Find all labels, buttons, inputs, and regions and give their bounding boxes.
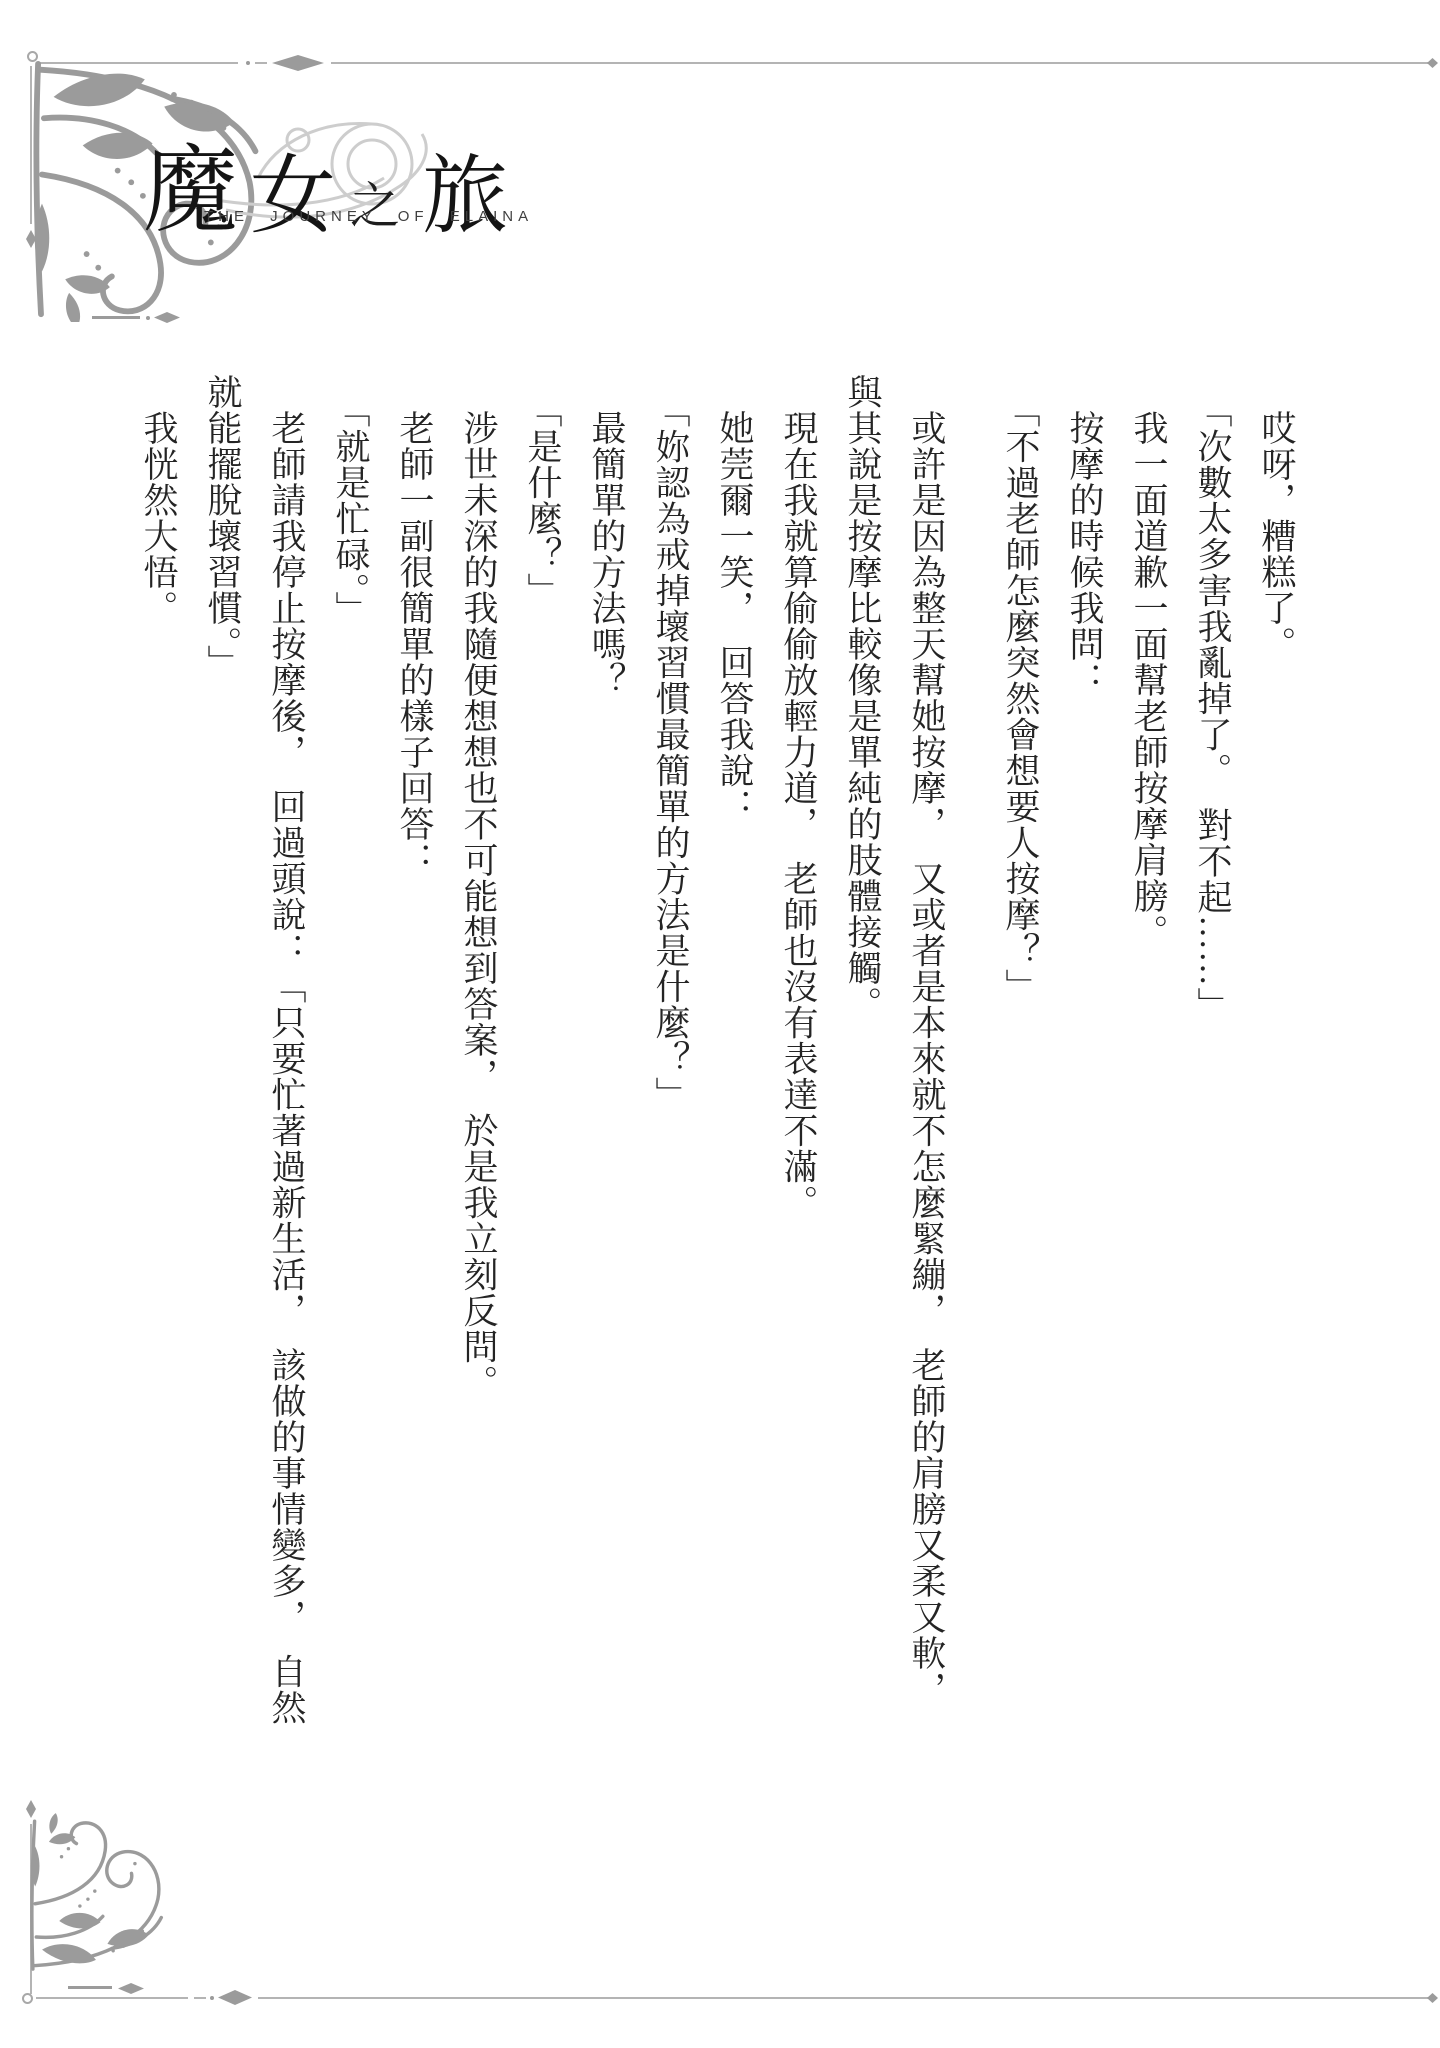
series-title-char: 旅 bbox=[422, 153, 508, 239]
text-column: 或許是因為整天幫她按摩， 又或者是本來就不怎麼緊繃， 老師的肩膀又柔又軟， bbox=[894, 374, 958, 1804]
diamond-end-bottom-right bbox=[1427, 1993, 1438, 2003]
bottom-rule-right-segment bbox=[258, 1997, 1431, 1999]
series-subtitle: THE JOURNEY OF ELAINA bbox=[204, 208, 533, 225]
flourish-dash-top bbox=[92, 316, 140, 319]
diamond-ornament-bottom bbox=[218, 1990, 252, 2005]
top-rule-right-segment bbox=[331, 62, 1431, 64]
text-column: 我一面道歉一面幫老師按摩肩膀。 bbox=[1116, 374, 1180, 1804]
diamond-ornament-top bbox=[272, 55, 324, 71]
top-rule-left-segment bbox=[40, 62, 238, 64]
top-rule-dot bbox=[246, 61, 250, 65]
text-column: 「就是忙碌。」 bbox=[318, 374, 382, 1804]
text-column: 她莞爾一笑， 回答我說： bbox=[702, 374, 766, 1804]
novel-text-block: 哎呀，糟糕了。 「次數太多害我亂掉了。 對不起……」 我一面道歉一面幫老師按摩肩… bbox=[126, 374, 1308, 1804]
diamond-end-top-right bbox=[1427, 58, 1438, 68]
left-rule-top bbox=[30, 66, 32, 224]
text-column: 就能擺脫壞習慣。」 bbox=[190, 374, 254, 1804]
bottom-rule-dash bbox=[194, 1997, 206, 1999]
text-column: 「不過老師怎麼突然會想要人按摩？」 bbox=[988, 374, 1052, 1804]
flourish-dot-top bbox=[146, 316, 150, 320]
bottom-rule-left-segment bbox=[36, 1997, 188, 1999]
book-page: 魔 女 之 旅 THE JOURNEY OF ELAINA 哎呀，糟糕了。 「次… bbox=[0, 0, 1440, 2048]
ring-ornament-top bbox=[27, 51, 38, 62]
diamond-marker-top-left bbox=[26, 230, 36, 248]
text-column: 最簡單的方法嗎？ bbox=[574, 374, 638, 1804]
flourish-diamond-bottom bbox=[118, 1983, 144, 1994]
text-column: 與其說是按摩比較像是單純的肢體接觸。 bbox=[830, 374, 894, 1804]
text-column: 「次數太多害我亂掉了。 對不起……」 bbox=[1180, 374, 1244, 1804]
ring-ornament-bottom bbox=[22, 1993, 33, 2004]
text-column: 按摩的時候我問： bbox=[1052, 374, 1116, 1804]
text-column: 哎呀，糟糕了。 bbox=[1244, 374, 1308, 1804]
text-column: 老師請我停止按摩後， 回過頭說：「只要忙著過新生活， 該做的事情變多， 自然 bbox=[254, 374, 318, 1804]
text-column: 「是什麼？」 bbox=[510, 374, 574, 1804]
series-title-char: 女 bbox=[250, 153, 336, 239]
flourish-diamond-top bbox=[154, 312, 180, 323]
text-column: 我恍然大悟。 bbox=[126, 374, 190, 1804]
flourish-dash-bottom bbox=[68, 1986, 112, 1989]
series-title-char: 魔 bbox=[143, 144, 238, 239]
diamond-marker-bottom-left bbox=[26, 1800, 36, 1818]
left-rule-bottom bbox=[30, 1824, 32, 1994]
text-column: 現在我就算偷偷放輕力道， 老師也沒有表達不滿。 bbox=[766, 374, 830, 1804]
corner-flourish-icon bbox=[26, 1794, 198, 1994]
top-rule-dash bbox=[255, 62, 267, 64]
text-column: 涉世未深的我隨便想想也不可能想到答案， 於是我立刻反問。 bbox=[446, 374, 510, 1804]
bottom-rule-dot bbox=[210, 1996, 214, 2000]
text-column: 老師一副很簡單的樣子回答： bbox=[382, 374, 446, 1804]
text-column: 「妳認為戒掉壞習慣最簡單的方法是什麼？」 bbox=[638, 374, 702, 1804]
